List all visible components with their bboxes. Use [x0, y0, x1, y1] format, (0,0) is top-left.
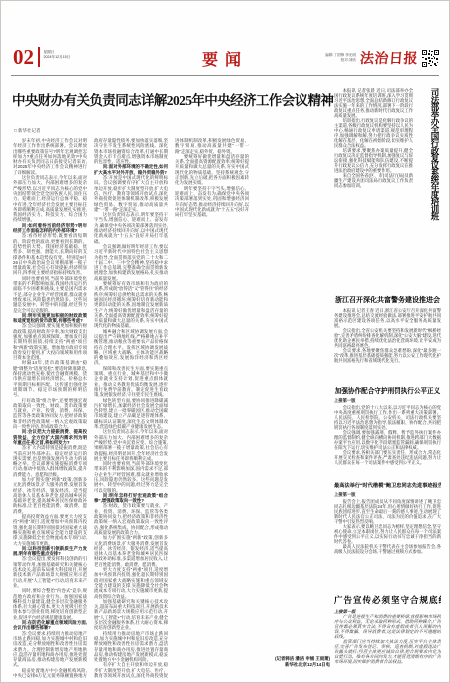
body-paragraph: 会议指出,全省公安机关要坚持和发展新时代“枫桥经验”,完善矛盾纠纷排查化解机制,…	[334, 328, 441, 348]
continued-from-page-one: 上接第一版	[334, 398, 441, 404]
body-paragraph: 答:开放是中国式现代化的鲜明标识。会议强调要有序扩大自主开放和单边开放,稳步扩大…	[94, 175, 168, 212]
body-paragraph: 这位负责同志表示,今年以来,面对外部压力加大、内部困难增多的复杂严峻形势,以习近…	[13, 175, 87, 223]
body-paragraph: 会议强调,要加强减刑、假释、暂予监外执行案件办理的监督制约,健全纵向横向协同机制…	[334, 430, 441, 450]
body-paragraph: 时隔14年,货币政策基调由“稳健”调整为“适度宽松”,要适时降准降息,保持流动性…	[13, 360, 87, 397]
article-advertising-text: 广告是连接生产和消费的重要桥梁,直接影响市场秩序与公众利益。无论采取何种形式、借…	[334, 614, 441, 664]
body-paragraph: 会议要求,各相关部门要压实责任、形成合力,常态化开展交叉检查和案件评查,严肃查处…	[334, 450, 441, 465]
body-paragraph: 本报讯 记者王春 近日,浙江省公安厅召开深化共富警务建设推进会,总结交流经验做法…	[334, 308, 441, 328]
article-advertising-headline[interactable]: 广告宣传必须坚守合规底线	[334, 594, 441, 606]
question-paragraph: 问:面对外部环境的不确定性,如何扩大高水平对外开放、稳外贸稳外资?	[94, 164, 168, 175]
newspaper-page: 02 星期日 2024年12月15日 要闻 编辑:丁国锋 李光明 校对:刘欣 法…	[0, 0, 450, 683]
question-paragraph: 问:会议把大力提振消费、提高投资效益、全方位扩大国内需求列为明年重点任务之首,将…	[13, 429, 87, 445]
body-paragraph: 答:看待经济形势,既要看清短期的、阶段性的波动,更要看到长期的、趋势性的大势。我…	[13, 233, 87, 275]
body-paragraph: 要统筹好做优增量和盘活存量的关系,全面提高资源配置效率;统筹好提升质量和做大总量…	[175, 154, 249, 186]
question-paragraph: 问:在防范化解重点领域风险方面,会议作出哪些部署?	[13, 620, 87, 631]
dateline: 新华社北京12月14日电	[251, 662, 330, 668]
body-paragraph: 明年要坚持干字当头,增强信心、迎难而上、奋发有为,确保党中央各项决策部署落到实处…	[175, 186, 249, 218]
body-paragraph: 会议强调,做好明年经济工作,要以习近平新时代中国特色社会主义思想为指导,全面贯彻…	[94, 244, 168, 281]
main-headline[interactable]: 中央财办有关负责同志详解2025年中央经济工作会议精神	[12, 89, 331, 109]
continued-from-page-one: 上接第一版	[334, 492, 441, 498]
question-paragraph: 问:以科技创新引领新质生产力发展,明年有哪些重点安排?	[13, 546, 87, 557]
article-zhejiang-headline[interactable]: 浙江召开深化共富警务建设推进会	[334, 295, 441, 305]
body-paragraph: 绿色转型方面,要协同推进降碳减污扩绿增长,加紧经济社会发展全面绿色转型,建立一批…	[94, 398, 168, 430]
body-paragraph: 会议要求,各地要聚焦群众急难愁盼,深化“最多跑一次”改革,推进基层基础提质强能,…	[334, 348, 441, 363]
article-baoweizhong-headline[interactable]: 最高法举行“时代楷模”鲍卫忠同志先进事迹报告会	[334, 482, 441, 489]
body-paragraph: 要统筹好有效市场和有为政府的关系,形成既“放得活”又“管得住”的经济秩序;统筹好…	[94, 281, 168, 329]
article-advertising: 广告宣传必须坚守合规底线 上接第一版 广告是连接生产和消费的重要桥梁,直接影响市…	[334, 594, 441, 683]
body-paragraph: 同时也要看到,当前外部环境变化带来的不利影响加深,我国经济运行仍面临不少困难和挑…	[13, 276, 87, 313]
article-training-body: 本报讯 记者张晨 近日,司法部举办全国行政复议系统年度培训班,深入学习贯彻习近平…	[334, 88, 413, 293]
article-penalty-headline[interactable]: 加强协作配合守护刑罚执行公平正义	[334, 385, 441, 395]
article-baoweizhong-body: 报告会上,报告团成员从不同角度深情讲述了鲍卫忠同志扎根边疆基层法院24年,用心用…	[334, 499, 441, 554]
body-paragraph: 保障和改善民生方面,要实施重点领域、重点行业、城乡基层和中小微企业就业支持计划,…	[94, 366, 168, 398]
main-signoff: (记者韩洁 潘洁 申铖 王雨萧) 新华社北京12月14日电	[251, 656, 330, 667]
article-training-headline[interactable]: 司法部举办全国行政复议系统年度培训班	[416, 88, 441, 228]
body-paragraph: 本报讯 记者张晨 近日,司法部举办全国行政复议系统年度培训班,深入学习贯彻习近平…	[334, 88, 413, 118]
body-paragraph: 打好政策“组合拳”,还要增强宏观政策取向一致性。财政、货币政策要与就业、产业、投…	[13, 398, 87, 430]
body-paragraph: 广告是连接生产和消费的重要桥梁,直接影响市场秩序与公众利益。无论采取何种形式、借…	[334, 614, 441, 639]
body-paragraph: 提高投资效益方面,要更大力度支持“两重”项目,适度增加中央预算内投资,强化超长期…	[13, 514, 87, 546]
main-byline: □ 新华社记者	[14, 128, 40, 134]
body-paragraph: 岁末年初,中央经济工作会议对明年经济工作作出系统部署。会议释放出哪些重要政策信号…	[13, 138, 87, 175]
body-paragraph: 最高人民法院机关干警代表在主会场参加报告会,各高级人民法院设分会场,干警通过视频…	[334, 544, 441, 554]
date-block: 星期日 2024年12月15日	[44, 46, 71, 60]
body-paragraph: 答:会议强调,要实施更加积极的财政政策,提高财政赤字率,加大财政支出强度,加强重…	[13, 323, 87, 360]
date-label: 2024年12月15日	[44, 55, 71, 60]
body-paragraph: 会议指出,党的十八大以来,以习近平同志为核心的党中央高度重视刑罚执行工作,作出一…	[334, 405, 441, 430]
article-zhejiang: 浙江召开深化共富警务建设推进会 本报讯 记者王春 近日,浙江省公安厅召开深化共富…	[334, 295, 441, 383]
main-article-body: 岁末年初,中央经济工作会议对明年经济工作作出系统部署。会议释放出哪些重要政策信号…	[13, 138, 330, 683]
body-paragraph: 报告会上,报告团成员从不同角度深情讲述了鲍卫忠同志扎根边疆基层法院24年,用心用…	[334, 499, 441, 524]
body-paragraph: 培训要求,要聚焦办案质量提升,健全行政复议决定监督指导机制,加强复议与诉讼衔接,…	[334, 148, 413, 173]
page-number-block: 02 星期日 2024年12月15日	[13, 46, 70, 68]
question-paragraph: 问:如何看待当前经济形势?明年经济工作面临怎样的内外部环境?	[13, 223, 87, 234]
body-paragraph: 同时,要综合整治“内卷式”竞争,规范地方政府和企业行为。加强国家战略科技力量建设…	[13, 588, 87, 620]
article-baoweizhong: 最高法举行“时代楷模”鲍卫忠同志先进事迹报告会 上接第一版 报告会上,报告团成员…	[334, 482, 441, 576]
question-paragraph: 问:明年怎样打好宏观政策“组合拳”,增强政策取向一致性?	[94, 493, 168, 504]
article-training: 本报讯 记者张晨 近日,司法部举办全国行政复议系统年度培训班,深入学习贯彻习近平…	[334, 88, 441, 293]
body-paragraph: 城乡融合和区域协调发展方面,会议提出严守耕地红线,严格耕地占补平衡管理,推动粮食…	[94, 329, 168, 366]
body-paragraph: 更大力度支持“两重”项目,适度增加中央预算内投资,强化超长期特别国债对国家重大战…	[94, 567, 168, 599]
body-paragraph: 答:财政、货币政策要与就业、产业、投资、消费、环保、监管等各类政策协同发力,把经…	[94, 503, 168, 535]
body-paragraph: 来自全国各省(区、市)司法厅(局)及新疆生产建设兵团司法局行政复议工作负责同志参…	[334, 173, 413, 188]
body-paragraph: 这位负责同志表示,今年以来,面对外部压力加大、内部困难增多的复杂严峻形势,党中央…	[94, 429, 168, 461]
body-paragraph: 持续用力推动房地产市场止跌回稳,加力实施城中村和危旧房改造,充分释放刚性和改善性…	[94, 631, 168, 663]
body-paragraph: 大家表示,要以鲍卫忠同志为榜样,坚定理想信念,坚守初心使命,立足本职岗位,努力让…	[334, 524, 441, 544]
section-title: 要闻	[202, 47, 248, 70]
body-paragraph: 监管部门应当持续加大执法力度,压实平台主体责任,完善广告发布登记、审核、巡查机制…	[334, 639, 441, 664]
article-zhejiang-body: 本报讯 记者王春 近日,浙江省公安厅召开深化共富警务建设推进会,总结交流经验做法…	[334, 308, 441, 363]
body-paragraph: 答:扩大内需特别是提振消费,既是当前应对外部冲击、稳定经济运行的现实需要,也是增…	[13, 445, 87, 477]
question-paragraph: 问:明年实施更加积极的财政政策和适度宽松的货币政策,有哪些考虑?	[13, 313, 87, 324]
page-number: 02	[13, 46, 34, 68]
body-paragraph: 加力扩围实施“两新”政策,创新多元化消费场景,扩大服务消费,发展首发经济、冰雪经…	[94, 535, 168, 567]
body-paragraph: 加力扩围实施“两新”政策,创新多元化消费场景,扩大服务消费,发展首发经济、冰雪经…	[13, 477, 87, 514]
body-paragraph: 加强基础研究和关键核心技术攻关,超前布局重大科技项目,开展新技术新产品新场景大规…	[94, 599, 168, 631]
body-paragraph: 答:会议要求,持续用力推动房地产市场止跌回稳,加力实施城中村和危旧房改造,充分释…	[13, 631, 87, 668]
article-penalty: 加强协作配合守护刑罚执行公平正义 上接第一版 会议指出,党的十八大以来,以习近平…	[334, 385, 441, 480]
body-paragraph: 这位负责同志表示,明年要坚持干字当头,增强信心、迎难而上、奋发有为,确保党中央各…	[94, 212, 168, 244]
article-penalty-body: 会议指出,党的十八大以来,以习近平同志为核心的党中央高度重视刑罚执行工作,作出一…	[334, 405, 441, 465]
body-paragraph: 答:会议提出,要发挥科技创新的引领带动作用,加强基础研究和关键核心技术攻关,超前…	[13, 556, 87, 588]
body-paragraph: 培训指出,行政复议是化解行政争议的主渠道,各级行政复议机构要坚持以人民为中心,畅…	[334, 118, 413, 148]
page-number-divider	[38, 47, 40, 67]
body-paragraph: 同时也要看到,当前外部环境变化带来的不利影响加深,国内需求不足,部分企业生产经营…	[94, 461, 168, 493]
side-column: 本报讯 记者张晨 近日,司法部举办全国行政复议系统年度培训班,深入学习贯彻习近平…	[334, 1, 441, 683]
